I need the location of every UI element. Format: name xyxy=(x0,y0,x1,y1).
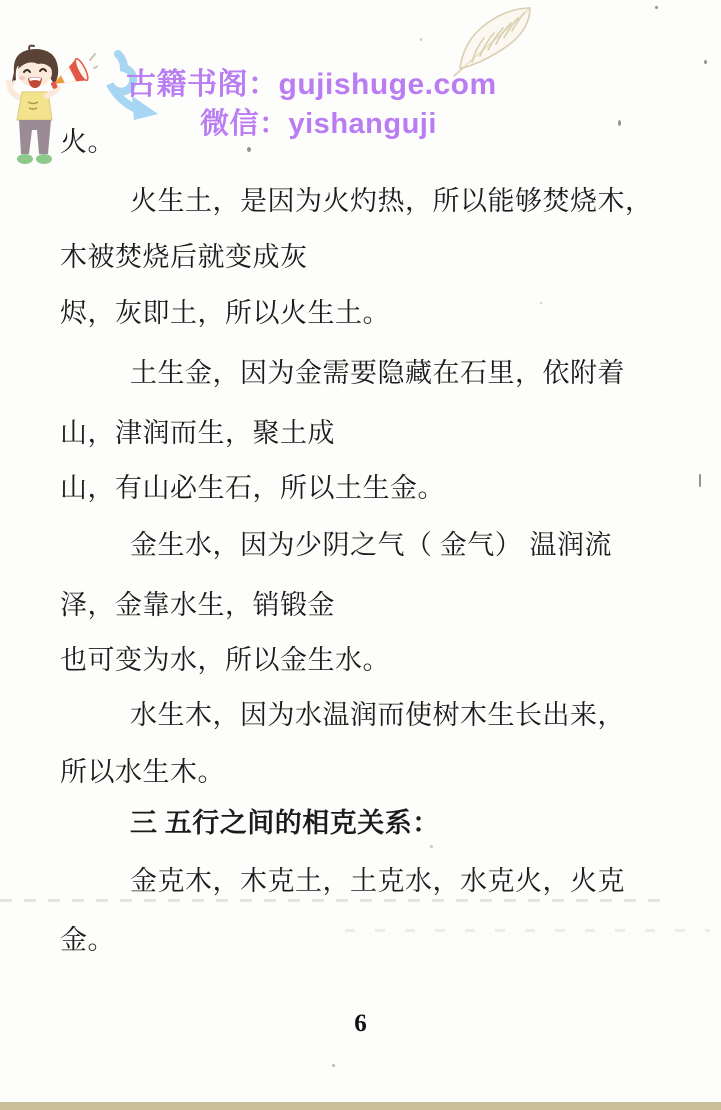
scan-speck xyxy=(420,38,422,41)
text-line: 土生金，因为金需要隐藏在石里，依附着 xyxy=(130,358,625,389)
text-line: 金生水，因为少阴之气（ 金气） 温润流 xyxy=(130,530,612,561)
text-line: 也可变为水，所以金生水。 xyxy=(60,645,390,676)
scan-speck xyxy=(430,845,433,848)
mascot-shoe-right xyxy=(36,154,52,164)
scan-edge-strip xyxy=(0,1102,721,1110)
section-heading: 三 五行之间的相克关系： xyxy=(130,808,440,839)
mascot-arm-left xyxy=(10,88,20,98)
text-line: 山，有山必生石，所以土生金。 xyxy=(60,473,445,504)
mascot-shoe-left xyxy=(17,154,33,164)
scan-speck xyxy=(332,1064,335,1067)
text-line: 所以水生木。 xyxy=(60,757,225,788)
text-line: 金。 xyxy=(60,925,115,956)
scan-artifact-line xyxy=(0,899,665,902)
text-line: 水生木，因为水温润而使树木生长出来， xyxy=(130,700,625,731)
scan-artifact-line xyxy=(345,929,710,932)
mascot-hand-left xyxy=(7,81,14,88)
scan-speck xyxy=(247,147,251,152)
page-number: 6 xyxy=(0,1010,721,1038)
mascot-pants xyxy=(19,120,51,154)
text-line: 火生土，是因为火灼热，所以能够焚烧木， xyxy=(130,186,653,217)
text-line: 泽，金靠水生，销锻金 xyxy=(60,590,335,621)
scan-speck xyxy=(699,474,701,487)
scan-speck xyxy=(540,302,542,304)
watermark-brand: 古籍书阁：gujishuge.com xyxy=(126,59,497,103)
text-line: 金克木，木克土，土克水，水克火，火克 xyxy=(130,866,625,897)
mascot-blush xyxy=(19,76,25,80)
text-line: 烬，灰即土，所以火生土。 xyxy=(60,298,390,329)
scan-speck xyxy=(148,770,150,774)
scanned-book-page: 古籍书阁：gujishuge.com 微信：yishanguji 火。火生土，是… xyxy=(0,0,721,1110)
text-line: 山，津润而生，聚土成 xyxy=(60,418,335,449)
watermark-wechat: 微信：yishanguji xyxy=(200,101,437,142)
mascot-arm-right xyxy=(47,88,58,96)
scan-speck xyxy=(704,60,707,64)
scan-speck xyxy=(618,120,621,126)
text-line: 火。 xyxy=(60,127,115,158)
scan-speck xyxy=(655,6,658,9)
text-line: 木被焚烧后就变成灰 xyxy=(60,242,308,273)
